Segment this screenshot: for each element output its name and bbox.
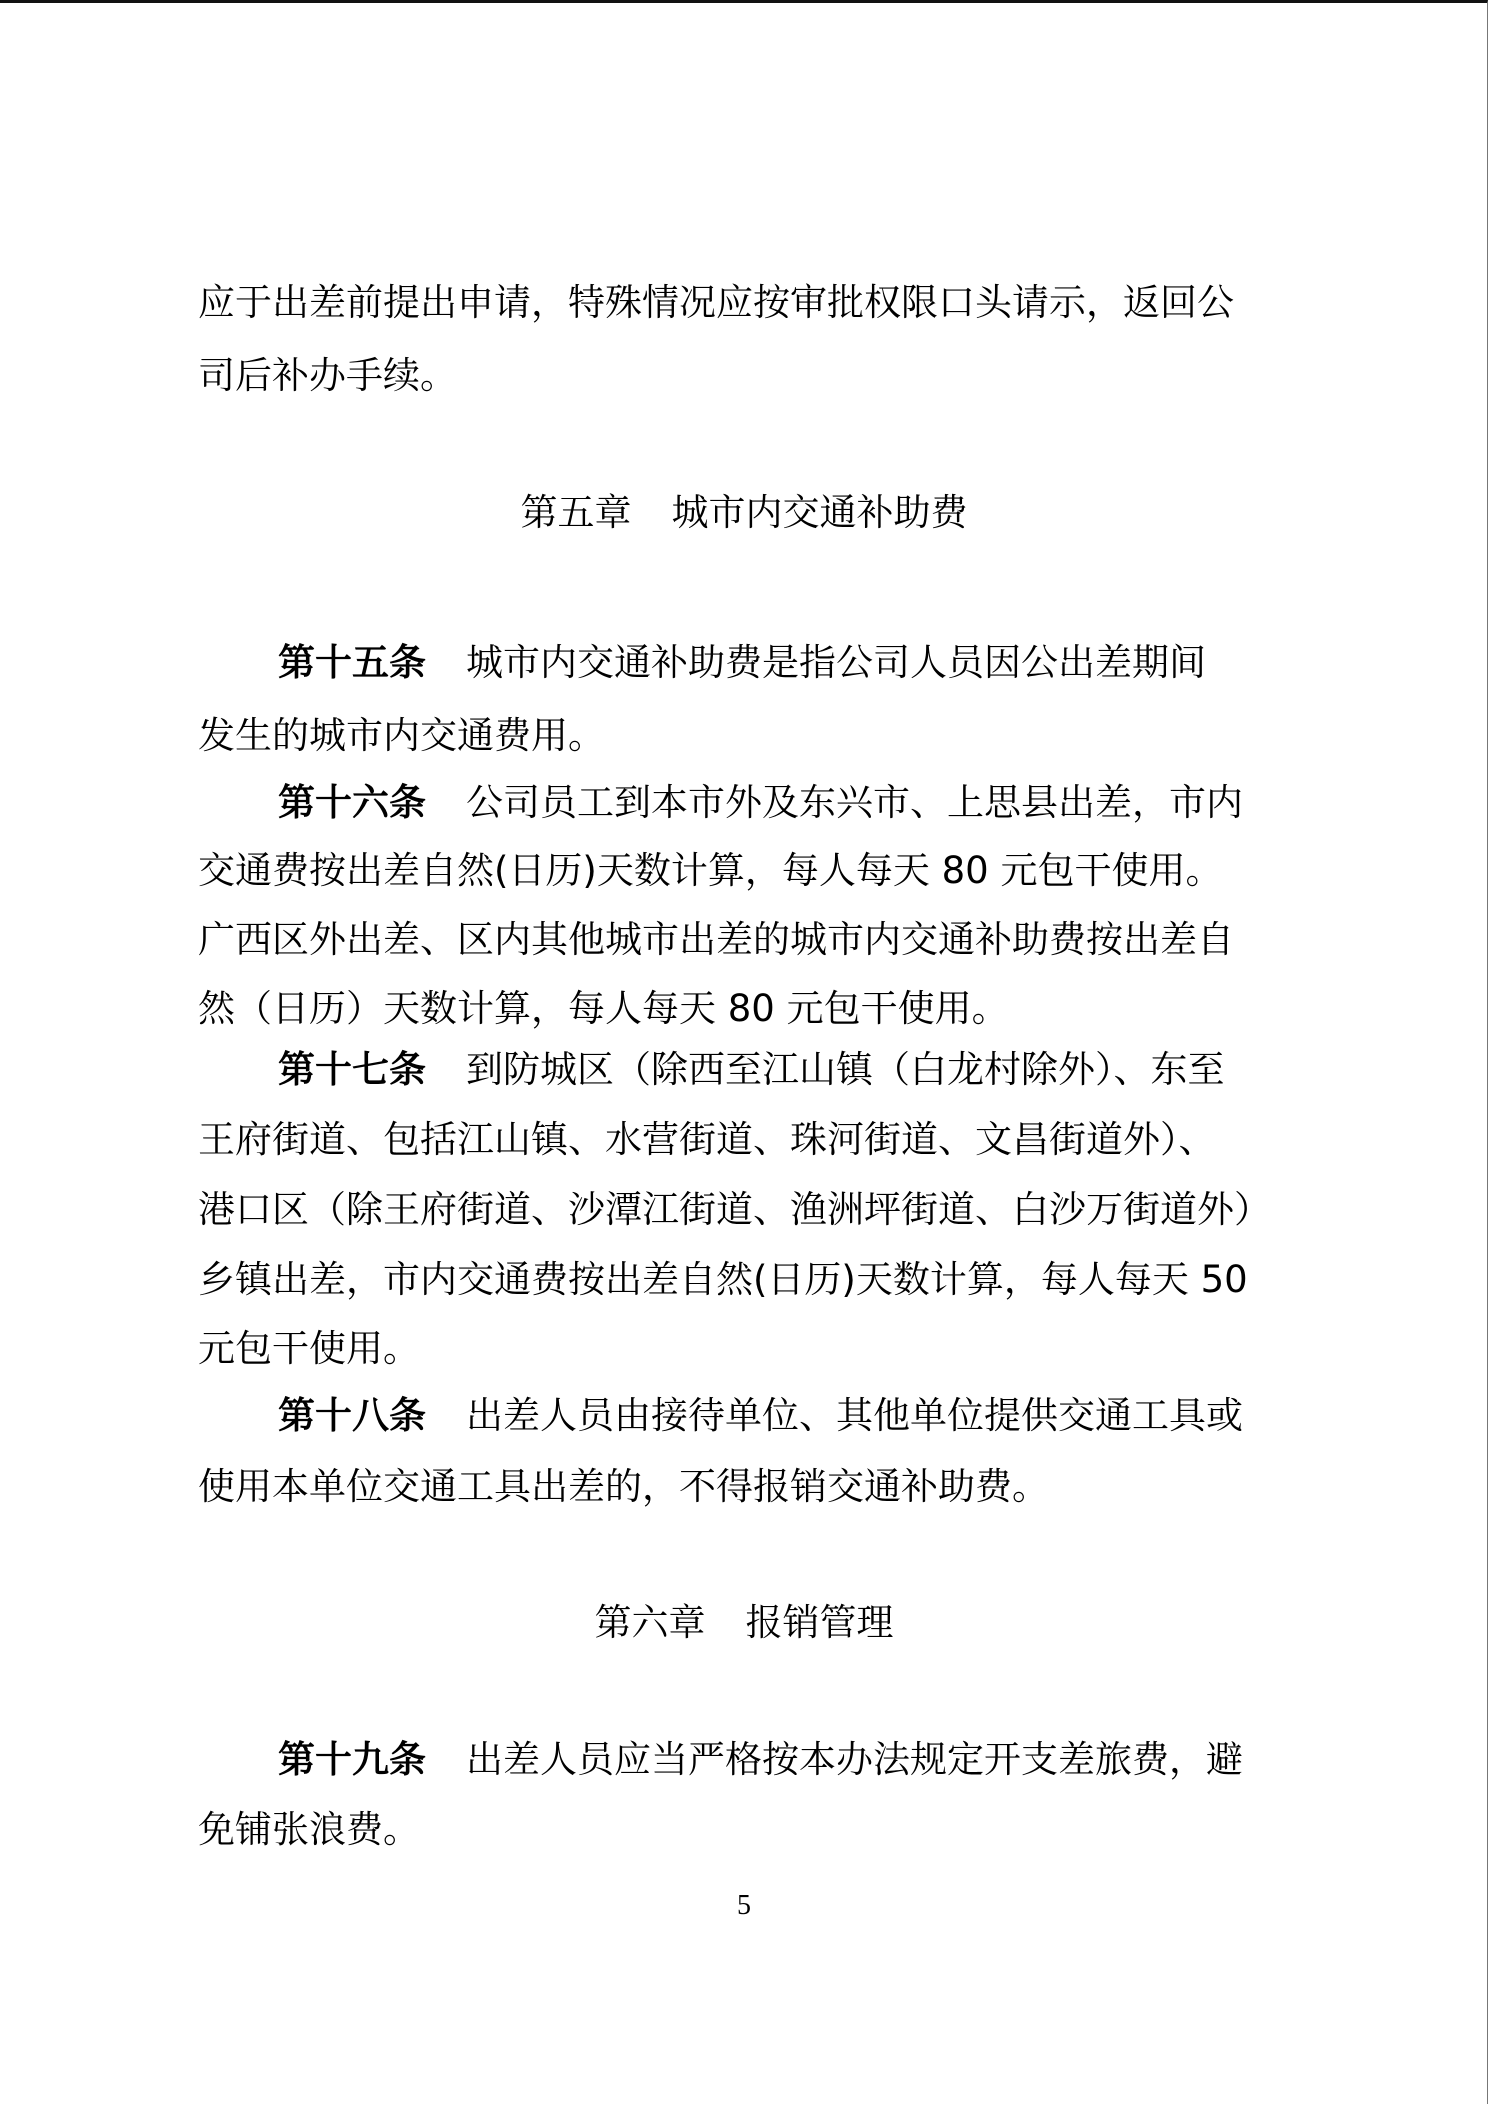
article-first-line: 第十九条出差人员应当严格按本办法规定开支差旅费，避 [278, 1732, 1302, 1788]
paragraph-line: 免铺张浪费。 [198, 1802, 1302, 1858]
chapter-heading: 第六章报销管理 [0, 1595, 1488, 1651]
paragraph-line: 然（日历）天数计算，每人每天 80 元包干使用。 [198, 981, 1302, 1037]
chapter-title: 城市内交通补助费 [672, 491, 968, 534]
document-page: 应于出差前提出申请，特殊情况应按审批权限口头请示，返回公 司后补办手续。 第五章… [0, 0, 1488, 2104]
paragraph-line: 乡镇出差，市内交通费按出差自然(日历)天数计算，每人每天 50 [198, 1252, 1302, 1308]
chapter-title: 报销管理 [746, 1601, 894, 1644]
article-first-line: 第十五条城市内交通补助费是指公司人员因公出差期间 [278, 635, 1302, 691]
article-label: 第十九条 [278, 1732, 426, 1788]
article-first-line: 第十八条出差人员由接待单位、其他单位提供交通工具或 [278, 1388, 1302, 1444]
article-text: 到防城区（除西至江山镇（白龙村除外）、东至 [466, 1048, 1225, 1091]
article-first-line: 第十六条公司员工到本市外及东兴市、上思县出差，市内 [278, 775, 1302, 831]
chapter-number: 第五章 [521, 491, 632, 534]
paragraph-line: 应于出差前提出申请，特殊情况应按审批权限口头请示，返回公 [198, 275, 1302, 331]
paragraph-line: 使用本单位交通工具出差的，不得报销交通补助费。 [198, 1459, 1302, 1515]
paragraph-line: 王府街道、包括江山镇、水营街道、珠河街道、文昌街道外）、 [198, 1112, 1302, 1168]
article-label: 第十八条 [278, 1388, 426, 1444]
article-label: 第十五条 [278, 635, 426, 691]
paragraph-line: 港口区（除王府街道、沙潭江街道、渔洲坪街道、白沙万街道外） [198, 1182, 1302, 1238]
paragraph-line: 广西区外出差、区内其他城市出差的城市内交通补助费按出差自 [198, 912, 1302, 968]
article-text: 城市内交通补助费是指公司人员因公出差期间 [466, 641, 1206, 684]
article-text: 出差人员应当严格按本办法规定开支差旅费，避 [466, 1738, 1243, 1781]
paragraph-line: 司后补办手续。 [198, 348, 1302, 404]
paragraph-line: 交通费按出差自然(日历)天数计算，每人每天 80 元包干使用。 [198, 843, 1302, 899]
chapter-number: 第六章 [595, 1601, 706, 1644]
page-number: 5 [0, 1886, 1488, 1926]
paragraph-line: 元包干使用。 [198, 1321, 1302, 1377]
article-first-line: 第十七条到防城区（除西至江山镇（白龙村除外）、东至 [278, 1042, 1302, 1098]
paragraph-line: 发生的城市内交通费用。 [198, 708, 1302, 764]
article-label: 第十七条 [278, 1042, 426, 1098]
chapter-heading: 第五章城市内交通补助费 [0, 485, 1488, 541]
article-label: 第十六条 [278, 775, 426, 831]
article-text: 公司员工到本市外及东兴市、上思县出差，市内 [466, 781, 1243, 824]
article-text: 出差人员由接待单位、其他单位提供交通工具或 [466, 1394, 1243, 1437]
